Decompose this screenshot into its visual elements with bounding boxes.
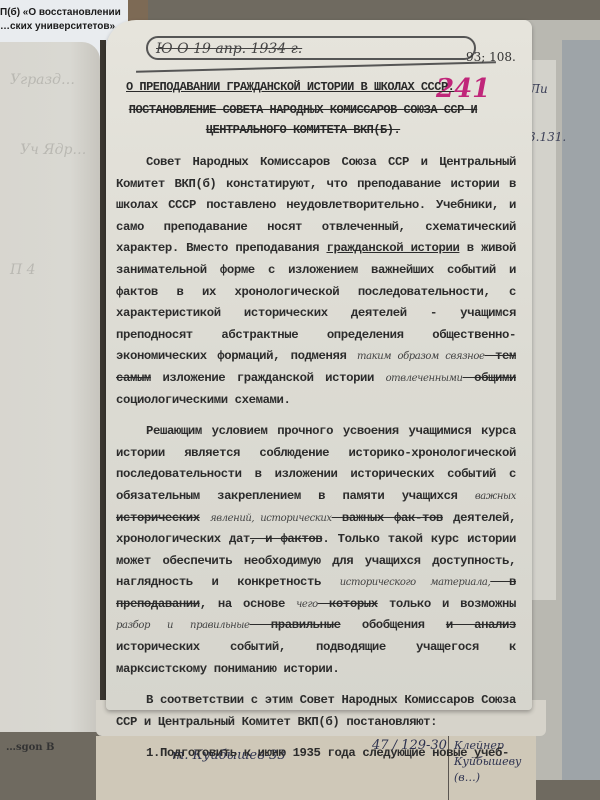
handwritten-correction: явлений, исторических bbox=[210, 513, 332, 524]
left-archive-page: Угразд… Уч Ядр… П 4 bbox=[0, 42, 100, 732]
struck-text: исторических bbox=[116, 511, 200, 525]
document-title: О преподавании гражданской истории в шко… bbox=[126, 80, 456, 94]
struck-text: важных фак-тов bbox=[332, 511, 443, 525]
text-segment: обобщения bbox=[341, 618, 446, 632]
exhibit-label-line-2: …ских университетов». bbox=[0, 20, 128, 34]
text-segment: изложение гражданской истории bbox=[151, 371, 386, 385]
handwritten-correction: исторического материала, bbox=[340, 577, 491, 588]
margin-note: 3.131. bbox=[528, 130, 566, 144]
text-segment: , на основе bbox=[200, 597, 296, 611]
text-segment: В соответствии с этим Совет Народных Ком… bbox=[116, 693, 516, 729]
header-rule bbox=[136, 61, 496, 72]
handwritten-correction: таким образом связное bbox=[357, 351, 485, 362]
paragraph-p4: 1.Подготовить к июню 1935 года следующие… bbox=[116, 743, 516, 765]
archive-number: 93; 108. bbox=[466, 50, 516, 64]
text-segment: исторических событий, подводящие учащего… bbox=[116, 640, 516, 676]
handwritten-correction: важных bbox=[475, 491, 516, 502]
handwritten-correction: разбор и правильные bbox=[116, 620, 250, 631]
struck-text: которых bbox=[318, 597, 378, 611]
document-body: Совет Народных Комиссаров Союза ССР и Це… bbox=[116, 152, 516, 775]
typewritten-document-page: Ю О 19 апр. 1934 г. 93; 108. 241 О препо… bbox=[106, 20, 532, 710]
handwritten-correction: чего bbox=[296, 599, 318, 610]
struck-text: и анализ bbox=[446, 618, 516, 632]
text-segment: только и возможны bbox=[378, 597, 516, 611]
bleed-through-handwriting: Уч Ядр… bbox=[20, 142, 86, 158]
blue-folder-edge bbox=[562, 40, 600, 780]
paragraph-p3: В соответствии с этим Совет Народных Ком… bbox=[116, 690, 516, 733]
paragraph-p2: Решающим условием прочного усвоения учащ… bbox=[116, 421, 516, 680]
struck-text: правильные bbox=[250, 618, 341, 632]
bleed-through-handwriting: П 4 bbox=[10, 262, 36, 278]
paragraph-p1: Совет Народных Комиссаров Союза ССР и Це… bbox=[116, 152, 516, 411]
handwritten-correction: отвлеченными bbox=[386, 373, 463, 384]
document-subtitle-crossed: Постановление Совета Народных Комиссаров… bbox=[108, 100, 498, 140]
text-segment: в живой занимательной форме с изложением… bbox=[116, 241, 516, 363]
text-segment bbox=[200, 511, 210, 525]
struck-text: , и фактов bbox=[250, 532, 322, 546]
text-segment: гражданской истории bbox=[326, 241, 459, 255]
exhibit-label-line-1: П(б) «О восстановлении bbox=[0, 6, 128, 20]
margin-note: Ли bbox=[530, 82, 548, 96]
text-segment: 1.Подготовить к июню 1935 года следующие… bbox=[146, 746, 509, 760]
crossed-out-header: Ю О 19 апр. 1934 г. bbox=[146, 36, 476, 60]
bleed-through-handwriting: Угразд… bbox=[10, 72, 75, 88]
text-segment: Решающим условием прочного усвоения учащ… bbox=[116, 424, 516, 503]
struck-text: общими bbox=[463, 371, 516, 385]
folder-fragment-text: …sgon B bbox=[6, 742, 55, 753]
text-segment: социологическими схемами. bbox=[116, 393, 290, 407]
